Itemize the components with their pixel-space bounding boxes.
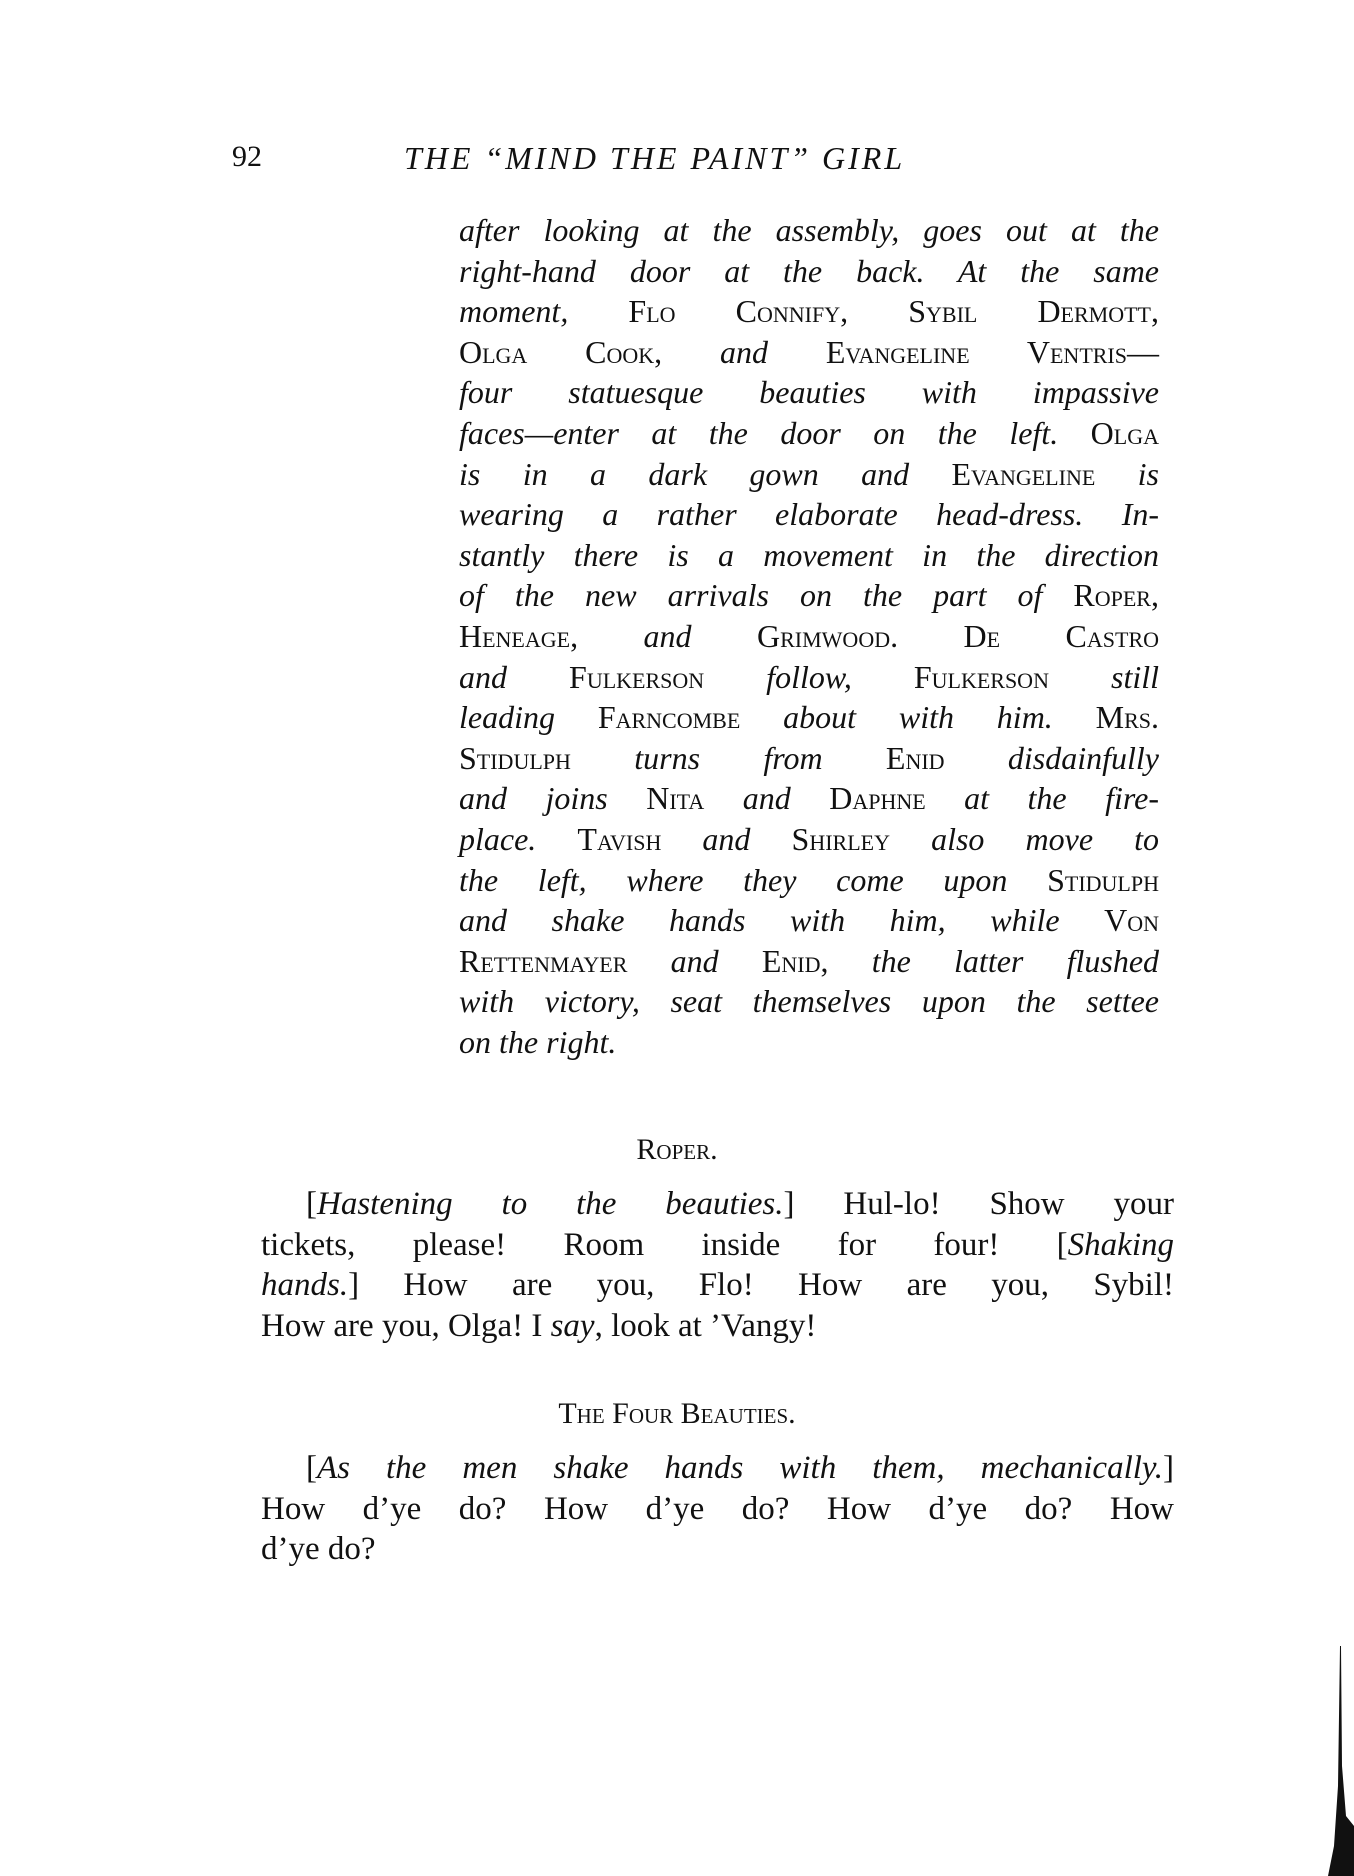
text-run: Hastening to the beauties. <box>317 1186 784 1222</box>
text-line: [As the men shake hands with them, mecha… <box>261 1448 1174 1489</box>
text-line: How d’ye do? How d’ye do? How d’ye do? H… <box>261 1489 1174 1530</box>
text-run: and <box>702 821 791 857</box>
text-run: ] Hul-lo! Show your <box>784 1186 1174 1222</box>
text-run: Mrs. <box>1096 699 1159 735</box>
text-run: follow, <box>766 659 914 695</box>
text-run: and joins <box>459 780 646 816</box>
text-line: d’ye do? <box>261 1529 1174 1570</box>
text-run: with victory, seat themselves upon the s… <box>459 983 1159 1019</box>
text-run: the left, where they come upon <box>459 862 1047 898</box>
text-line: and shake hands with him, while Von <box>459 900 1159 941</box>
text-run: place. <box>459 821 577 857</box>
text-line: is in a dark gown and Evangeline is <box>459 454 1159 495</box>
text-run: moment, <box>459 293 628 329</box>
text-line: stantly there is a movement in the direc… <box>459 535 1159 576</box>
text-run: the latter flushed <box>872 943 1159 979</box>
text-run: also move to <box>931 821 1159 857</box>
speaker-name: Roper. <box>0 1133 1354 1167</box>
text-run: after looking at the assembly, goes out … <box>459 212 1159 248</box>
text-line: hands.] How are you, Flo! How are you, S… <box>261 1265 1174 1306</box>
text-line: leading Farncombe about with him. Mrs. <box>459 697 1159 738</box>
text-run: faces—enter at the door on the left. <box>459 415 1091 451</box>
text-run: Fulkerson <box>914 659 1111 695</box>
text-run: and <box>720 334 826 370</box>
text-run: hands. <box>261 1267 348 1303</box>
text-run: is in a dark gown and <box>459 456 951 492</box>
text-run: Stidulph <box>459 740 634 776</box>
text-line: right-hand door at the back. At the same <box>459 251 1159 292</box>
text-run: on the right. <box>459 1024 616 1060</box>
text-run: turns from <box>634 740 886 776</box>
text-run: about with him. <box>783 699 1096 735</box>
text-run: say <box>551 1308 595 1344</box>
text-line: the left, where they come upon Stidulph <box>459 860 1159 901</box>
book-page: 92 THE “MIND THE PAINT” GIRL after looki… <box>0 0 1354 1876</box>
text-run: Olga <box>1091 415 1159 451</box>
page-number: 92 <box>232 140 262 174</box>
text-run: [ <box>306 1186 317 1222</box>
text-run: and <box>459 659 569 695</box>
text-run: and <box>644 618 757 654</box>
text-run: stantly there is a movement in the direc… <box>459 537 1159 573</box>
running-title: THE “MIND THE PAINT” GIRL <box>404 140 905 177</box>
stage-direction: after looking at the assembly, goes out … <box>459 210 1159 1062</box>
text-line: faces—enter at the door on the left. Olg… <box>459 413 1159 454</box>
text-run: disdainfully <box>1008 740 1159 776</box>
text-line: with victory, seat themselves upon the s… <box>459 981 1159 1022</box>
text-run: right-hand door at the back. At the same <box>459 253 1159 289</box>
text-line: Heneage, and Grimwood. De Castro <box>459 616 1159 657</box>
text-run: Olga Cook, <box>459 334 720 370</box>
text-line: of the new arrivals on the part of Roper… <box>459 575 1159 616</box>
text-run: How d’ye do? How d’ye do? How d’ye do? H… <box>261 1491 1174 1527</box>
text-run: and shake hands with him, while <box>459 902 1104 938</box>
text-run: and <box>743 780 830 816</box>
text-line: place. Tavish and Shirley also move to <box>459 819 1159 860</box>
text-line: and joins Nita and Daphne at the fire- <box>459 778 1159 819</box>
text-run: Von <box>1104 902 1159 938</box>
text-run: Evangeline <box>951 456 1137 492</box>
text-run: wearing a rather elaborate head-dress. I… <box>459 496 1159 532</box>
text-run: ] How are you, Flo! How are you, Sybil! <box>348 1267 1174 1303</box>
speech-block: [As the men shake hands with them, mecha… <box>261 1448 1174 1570</box>
text-run: Daphne <box>829 780 964 816</box>
text-run: Enid, <box>762 943 872 979</box>
text-run: Roper, <box>1073 577 1159 613</box>
text-run: Flo Connify, Sybil Dermott, <box>628 293 1159 329</box>
text-run: Shirley <box>792 821 932 857</box>
text-run: Nita <box>646 780 743 816</box>
speaker-name: The Four Beauties. <box>0 1397 1354 1431</box>
text-run: Tavish <box>577 821 702 857</box>
text-run: leading <box>459 699 598 735</box>
text-line: Rettenmayer and Enid, the latter flushed <box>459 941 1159 982</box>
text-run: Farncombe <box>598 699 783 735</box>
text-run: [ <box>306 1450 317 1486</box>
speech-block: [Hastening to the beauties.] Hul-lo! Sho… <box>261 1184 1174 1346</box>
text-line: moment, Flo Connify, Sybil Dermott, <box>459 291 1159 332</box>
text-line: tickets, please! Room inside for four! [… <box>261 1225 1174 1266</box>
text-run: Grimwood. De Castro <box>757 618 1159 654</box>
text-run: Heneage, <box>459 618 644 654</box>
text-run: and <box>671 943 762 979</box>
text-run: of the new arrivals on the part of <box>459 577 1073 613</box>
text-run: As the men shake hands with them, mechan… <box>317 1450 1163 1486</box>
text-line: four statuesque beauties with impassive <box>459 372 1159 413</box>
text-run: , look at ’Vangy! <box>595 1308 817 1344</box>
text-run: Rettenmayer <box>459 943 671 979</box>
text-run: Shaking <box>1068 1227 1174 1263</box>
text-run: ] <box>1163 1450 1174 1486</box>
text-run: tickets, please! Room inside for four! [ <box>261 1227 1068 1263</box>
text-run: four statuesque beauties with impassive <box>459 374 1159 410</box>
text-line: Stidulph turns from Enid disdainfully <box>459 738 1159 779</box>
text-line: Olga Cook, and Evangeline Ventris— <box>459 332 1159 373</box>
text-line: How are you, Olga! I say, look at ’Vangy… <box>261 1306 1174 1347</box>
text-run: at the fire- <box>964 780 1159 816</box>
text-run: Evangeline Ventris— <box>826 334 1159 370</box>
text-run: still <box>1111 659 1159 695</box>
text-line: after looking at the assembly, goes out … <box>459 210 1159 251</box>
text-run: Stidulph <box>1047 862 1159 898</box>
text-line: [Hastening to the beauties.] Hul-lo! Sho… <box>261 1184 1174 1225</box>
text-line: and Fulkerson follow, Fulkerson still <box>459 657 1159 698</box>
text-run: Fulkerson <box>569 659 766 695</box>
text-line: on the right. <box>459 1022 1159 1063</box>
text-run: Enid <box>886 740 1008 776</box>
text-run: d’ye do? <box>261 1531 376 1567</box>
text-run: How are you, Olga! I <box>261 1308 551 1344</box>
scan-edge-mark <box>1326 1646 1354 1876</box>
text-line: wearing a rather elaborate head-dress. I… <box>459 494 1159 535</box>
text-run: is <box>1138 456 1159 492</box>
